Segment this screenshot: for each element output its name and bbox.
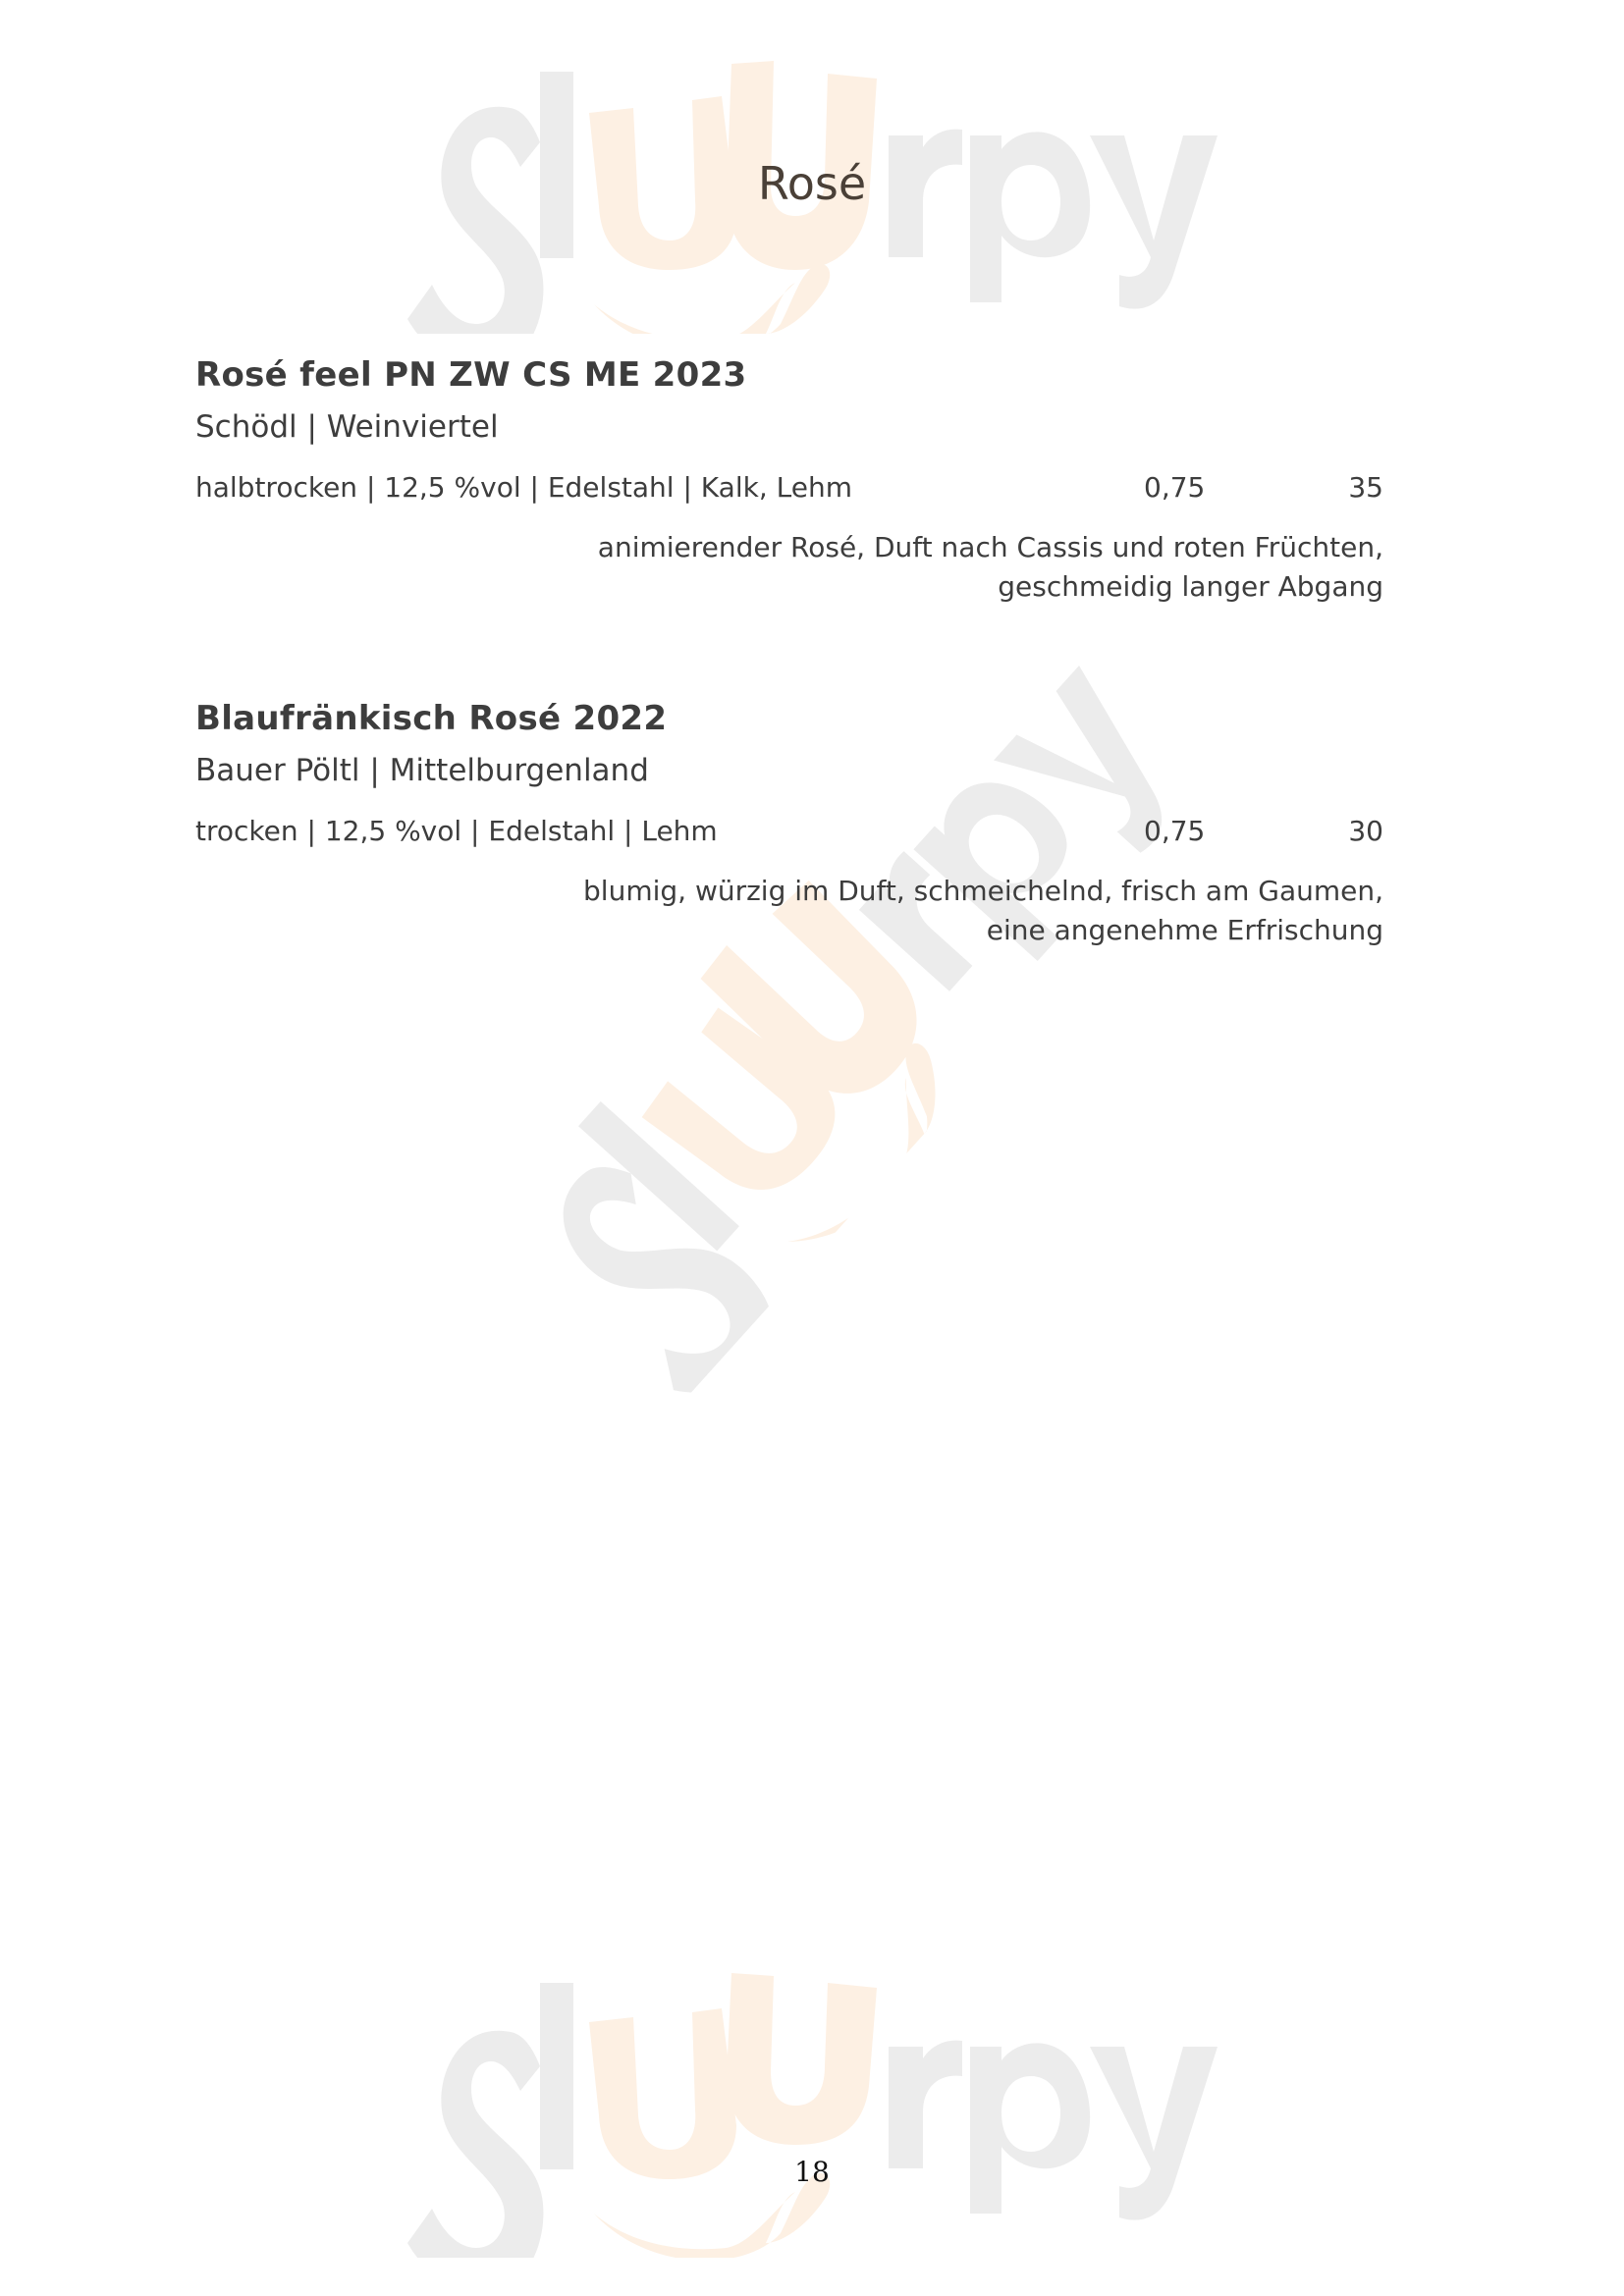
wine-price: 35 [1348,470,1383,506]
wine-price: 30 [1348,814,1383,849]
page-title: Rosé [0,157,1624,210]
wine-description-line: eine angenehme Erfrischung [195,911,1383,950]
page-number: 18 [0,2156,1624,2188]
wine-description: animierender Rosé, Duft nach Cassis und … [195,528,1383,607]
watermark-logo-bottom [393,1963,1257,2258]
wine-description-line: blumig, würzig im Duft, schmeichelnd, fr… [195,872,1383,911]
wine-description-line: geschmeidig langer Abgang [195,567,1383,607]
sluurpy-logo-icon [393,1963,1257,2258]
wine-producer: Schödl | Weinviertel [195,407,1383,447]
wine-detail-row: halbtrocken | 12,5 %vol | Edelstahl | Ka… [195,470,1383,506]
wine-description: blumig, würzig im Duft, schmeichelnd, fr… [195,872,1383,950]
wine-detail-row: trocken | 12,5 %vol | Edelstahl | Lehm 0… [195,814,1383,849]
wine-description-line: animierender Rosé, Duft nach Cassis und … [195,528,1383,567]
wine-entry: Rosé feel PN ZW CS ME 2023 Schödl | Wein… [195,353,1383,607]
wine-name: Rosé feel PN ZW CS ME 2023 [195,353,1383,397]
wine-specs: trocken | 12,5 %vol | Edelstahl | Lehm [195,814,718,849]
wine-specs: halbtrocken | 12,5 %vol | Edelstahl | Ka… [195,470,852,506]
wine-volume: 0,75 [1144,470,1205,506]
wine-producer: Bauer Pöltl | Mittelburgenland [195,751,1383,790]
wine-entry: Blaufränkisch Rosé 2022 Bauer Pöltl | Mi… [195,697,1383,950]
wine-volume: 0,75 [1144,814,1205,849]
wine-name: Blaufränkisch Rosé 2022 [195,697,1383,740]
